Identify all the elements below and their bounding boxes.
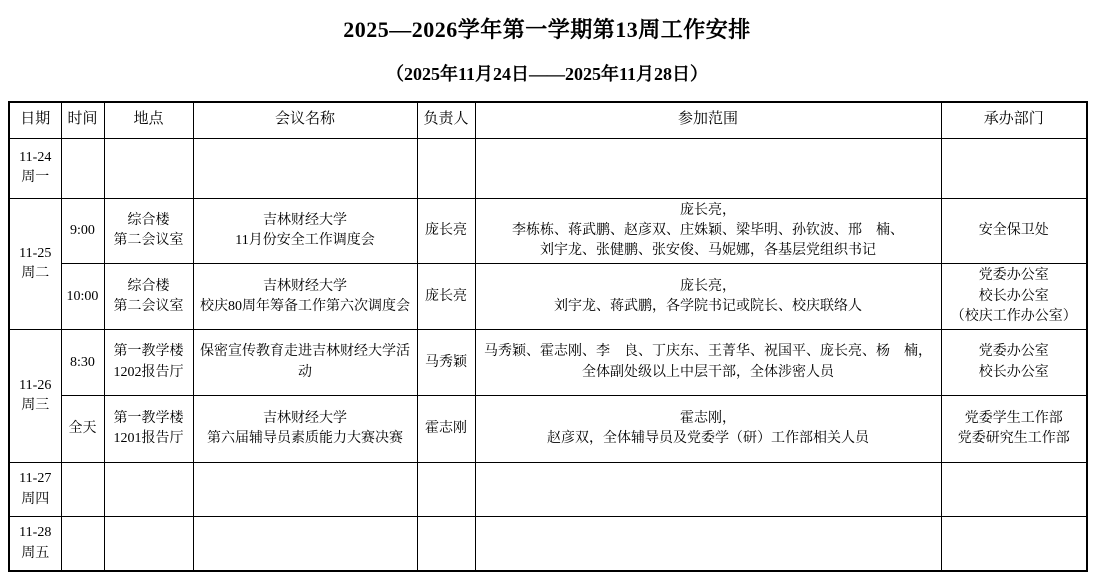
cell-location	[104, 138, 193, 198]
date-label: 11-27	[19, 471, 51, 486]
cell-meeting	[193, 517, 417, 571]
page-title: 2025—2026学年第一学期第13周工作安排	[0, 0, 1094, 44]
cell-date: 11-25周二	[9, 198, 61, 330]
cell-date: 11-26周三	[9, 330, 61, 463]
cell-location	[104, 517, 193, 571]
cell-participants: 庞长亮， 刘宇龙、蒋武鹏，各学院书记或院长、校庆联络人	[475, 264, 941, 330]
cell-meeting	[193, 463, 417, 517]
cell-department	[941, 138, 1087, 198]
cell-leader	[417, 138, 475, 198]
header-location: 地点	[104, 102, 193, 138]
weekday-label: 周四	[21, 492, 49, 507]
weekday-label: 周三	[21, 398, 49, 413]
page-subtitle: （2025年11月24日——2025年11月28日）	[0, 60, 1094, 86]
cell-leader: 庞长亮	[417, 198, 475, 264]
cell-location: 综合楼 第二会议室	[104, 198, 193, 264]
cell-date: 11-27周四	[9, 463, 61, 517]
schedule-document: 2025—2026学年第一学期第13周工作安排 （2025年11月24日——20…	[0, 0, 1094, 584]
cell-leader	[417, 463, 475, 517]
cell-participants	[475, 517, 941, 571]
cell-leader: 马秀颖	[417, 330, 475, 396]
cell-time: 8:30	[61, 330, 104, 396]
cell-leader: 庞长亮	[417, 264, 475, 330]
cell-location: 第一教学楼 1201报告厅	[104, 396, 193, 463]
cell-department: 党委办公室 校长办公室 （校庆工作办公室）	[941, 264, 1087, 330]
cell-leader	[417, 517, 475, 571]
table-row: 全天 第一教学楼 1201报告厅 吉林财经大学 第六届辅导员素质能力大赛决赛 霍…	[9, 396, 1087, 463]
weekday-label: 周二	[21, 266, 49, 281]
weekday-label: 周五	[21, 546, 49, 561]
cell-time	[61, 463, 104, 517]
table-row: 11-27周四	[9, 463, 1087, 517]
cell-meeting: 保密宣传教育走进吉林财经大学活动	[193, 330, 417, 396]
cell-participants: 庞长亮， 李栋栋、蒋武鹏、赵彦双、庄姝颖、梁毕明、孙钦波、邢 楠、 刘宇龙、张健…	[475, 198, 941, 264]
cell-location	[104, 463, 193, 517]
table-row: 11-26周三 8:30 第一教学楼 1202报告厅 保密宣传教育走进吉林财经大…	[9, 330, 1087, 396]
cell-date: 11-28周五	[9, 517, 61, 571]
cell-participants	[475, 463, 941, 517]
cell-meeting: 吉林财经大学 第六届辅导员素质能力大赛决赛	[193, 396, 417, 463]
work-schedule-table: 日期 时间 地点 会议名称 负责人 参加范围 承办部门 11-24周一	[8, 101, 1088, 572]
cell-department: 党委学生工作部 党委研究生工作部	[941, 396, 1087, 463]
cell-location: 综合楼 第二会议室	[104, 264, 193, 330]
cell-department: 党委办公室 校长办公室	[941, 330, 1087, 396]
cell-participants: 霍志刚， 赵彦双，全体辅导员及党委学（研）工作部相关人员	[475, 396, 941, 463]
header-meeting-name: 会议名称	[193, 102, 417, 138]
table-row: 10:00 综合楼 第二会议室 吉林财经大学 校庆80周年筹备工作第六次调度会 …	[9, 264, 1087, 330]
cell-time: 10:00	[61, 264, 104, 330]
cell-leader: 霍志刚	[417, 396, 475, 463]
date-label: 11-28	[19, 525, 51, 540]
cell-participants: 马秀颖、霍志刚、李 良、丁庆东、王菁华、祝国平、庞长亮、杨 楠， 全体副处级以上…	[475, 330, 941, 396]
weekday-label: 周一	[21, 170, 49, 185]
cell-location: 第一教学楼 1202报告厅	[104, 330, 193, 396]
cell-department	[941, 463, 1087, 517]
cell-participants	[475, 138, 941, 198]
cell-department	[941, 517, 1087, 571]
table-header-row: 日期 时间 地点 会议名称 负责人 参加范围 承办部门	[9, 102, 1087, 138]
cell-department: 安全保卫处	[941, 198, 1087, 264]
cell-time: 9:00	[61, 198, 104, 264]
header-participants: 参加范围	[475, 102, 941, 138]
cell-meeting	[193, 138, 417, 198]
cell-time	[61, 517, 104, 571]
cell-time	[61, 138, 104, 198]
table-row: 11-25周二 9:00 综合楼 第二会议室 吉林财经大学 11月份安全工作调度…	[9, 198, 1087, 264]
date-label: 11-26	[19, 378, 51, 393]
date-label: 11-24	[19, 150, 51, 165]
header-department: 承办部门	[941, 102, 1087, 138]
cell-time: 全天	[61, 396, 104, 463]
header-time: 时间	[61, 102, 104, 138]
header-date: 日期	[9, 102, 61, 138]
cell-date: 11-24周一	[9, 138, 61, 198]
table-row: 11-24周一	[9, 138, 1087, 198]
table-row: 11-28周五	[9, 517, 1087, 571]
date-label: 11-25	[19, 246, 51, 261]
cell-meeting: 吉林财经大学 校庆80周年筹备工作第六次调度会	[193, 264, 417, 330]
cell-meeting: 吉林财经大学 11月份安全工作调度会	[193, 198, 417, 264]
header-leader: 负责人	[417, 102, 475, 138]
